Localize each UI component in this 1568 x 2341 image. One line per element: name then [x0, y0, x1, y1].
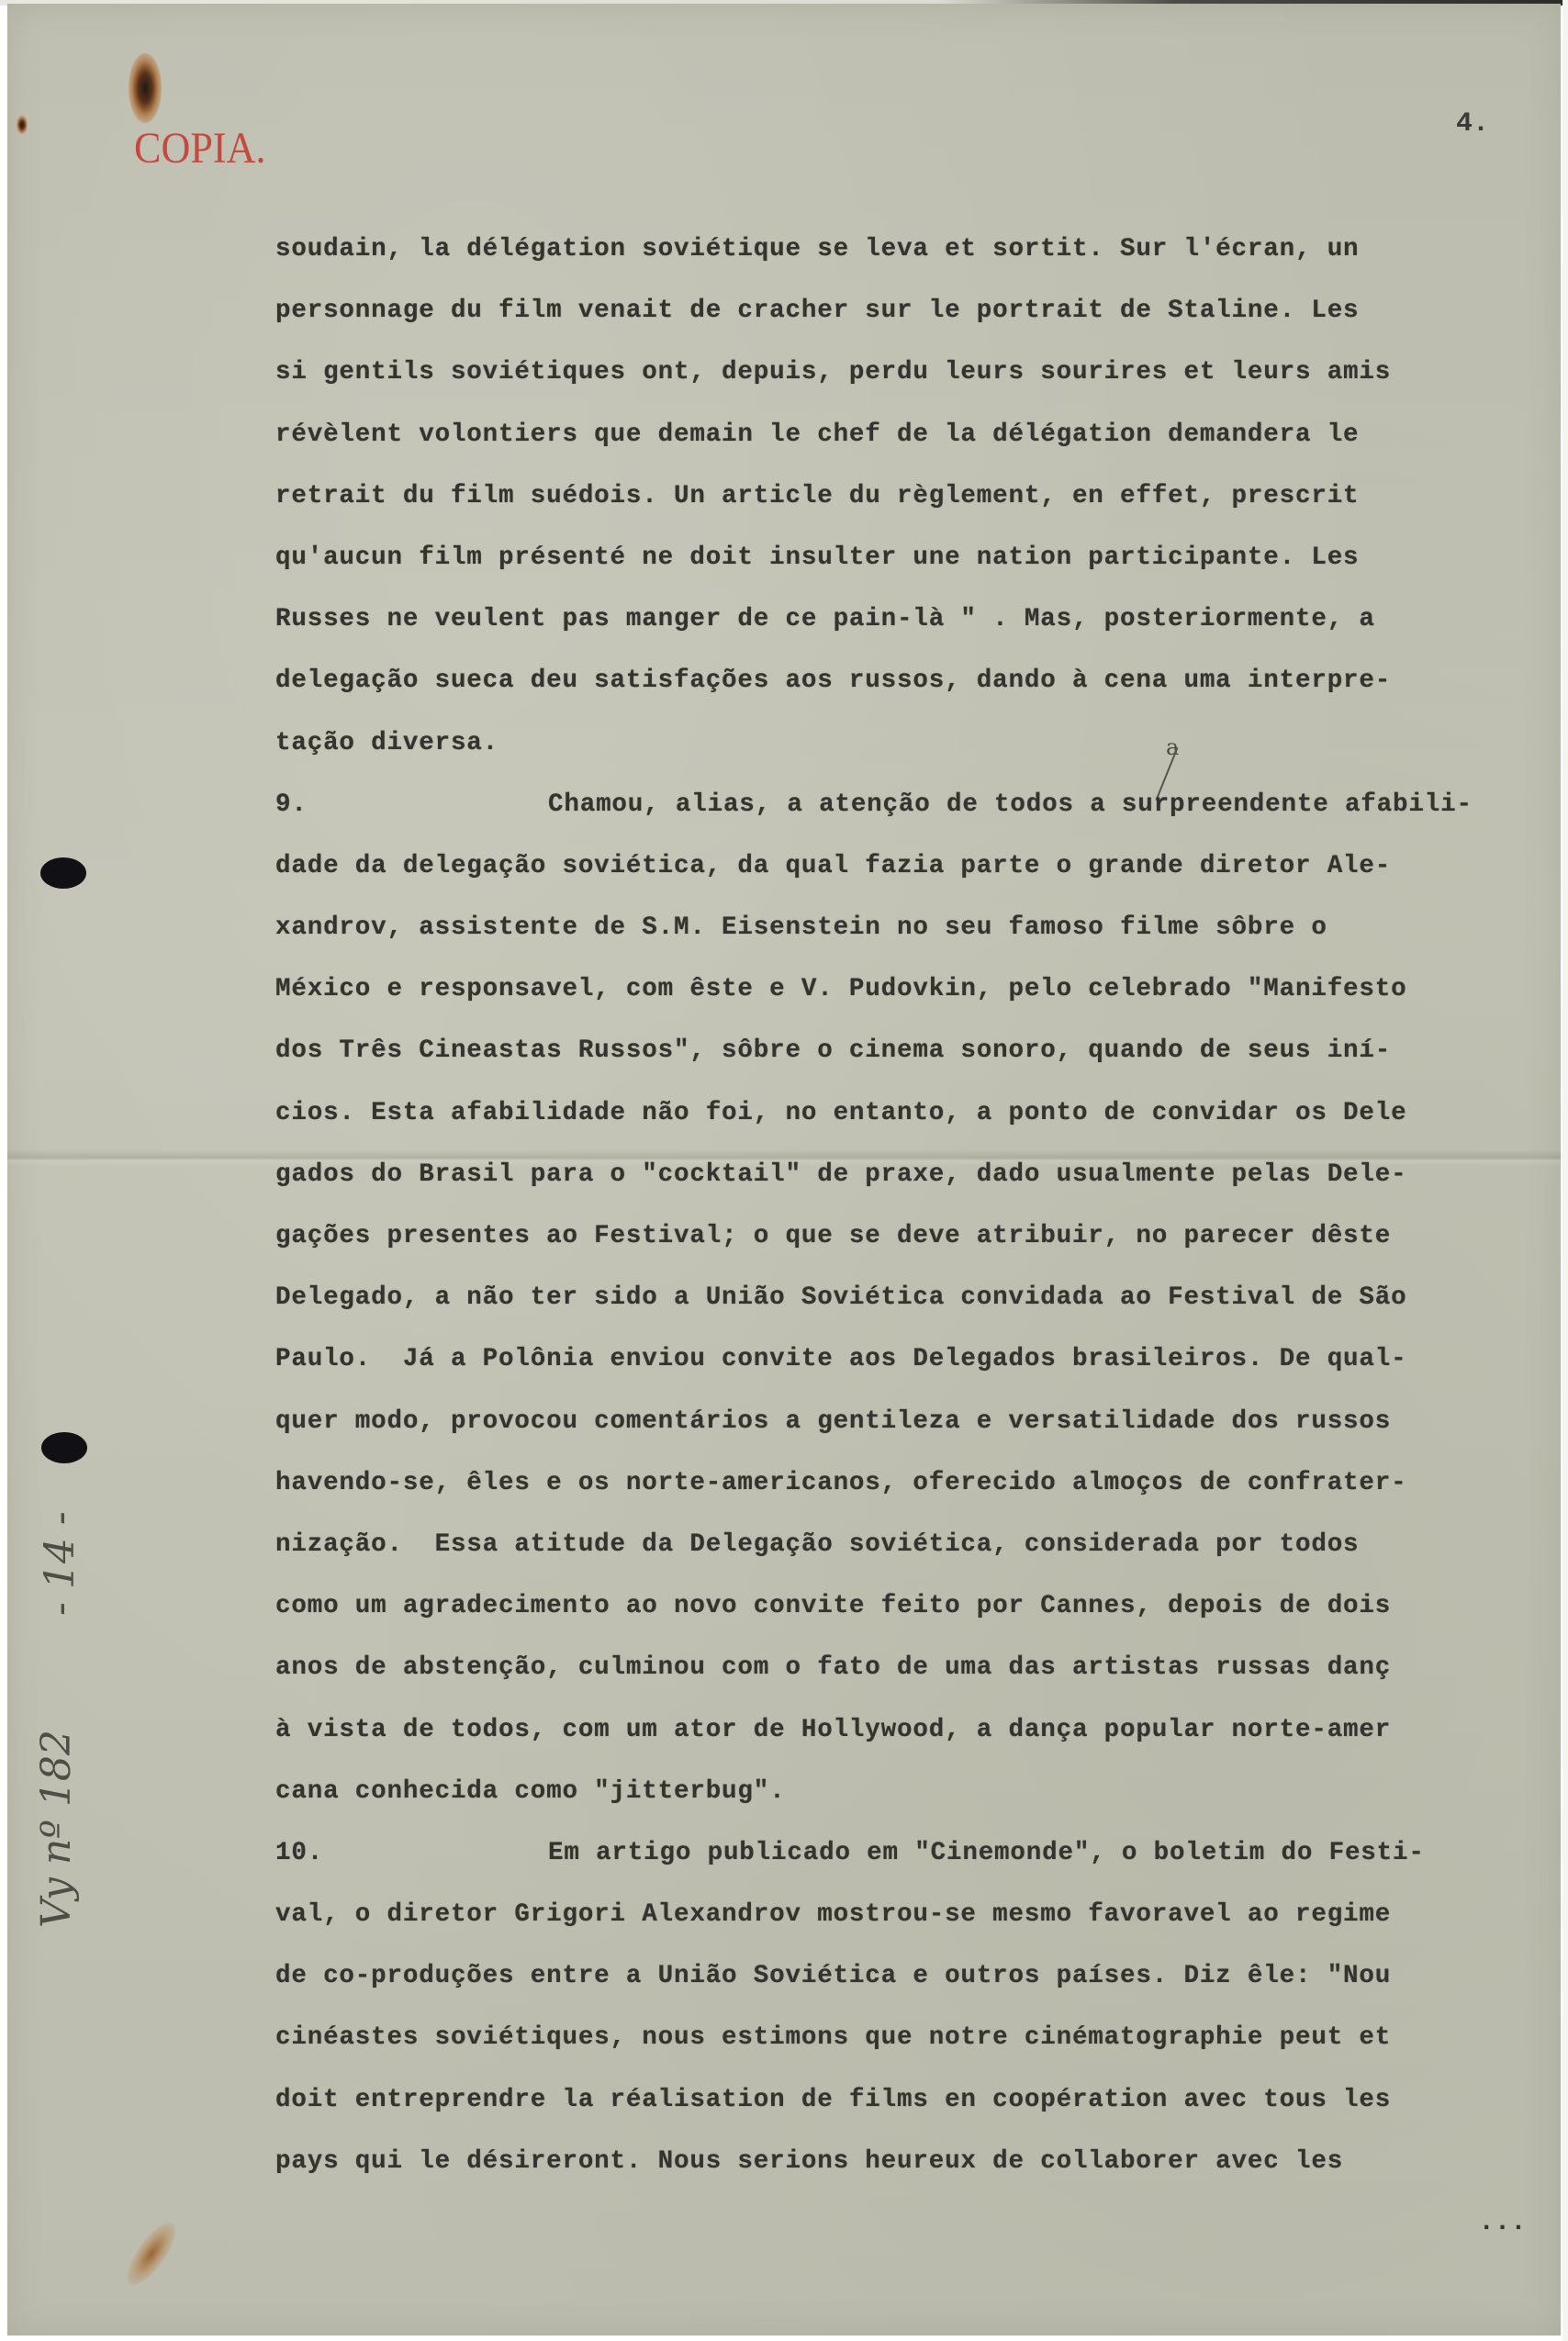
- line-text: pays qui le désireront. Nous serions heu…: [275, 2147, 1343, 2176]
- text-line: retrait du film suédois. Un article du r…: [275, 465, 1568, 527]
- text-line: personnage du film venait de cracher sur…: [275, 280, 1568, 342]
- text-line: cios. Esta afabilidade não foi, no entan…: [275, 1082, 1568, 1144]
- text-line: Paulo. Já a Polônia enviou convite aos D…: [275, 1328, 1568, 1390]
- paragraph-number: 10.: [275, 1822, 548, 1884]
- line-text: como um agradecimento ao novo convite fe…: [275, 1592, 1391, 1620]
- text-line: soudain, la délégation soviétique se lev…: [275, 218, 1568, 280]
- text-line-paragraph-10: 10.Em artigo publicado em "Cinemonde", o…: [275, 1822, 1568, 1884]
- text-line: como um agradecimento ao novo convite fe…: [275, 1575, 1568, 1637]
- line-text: doit entreprendre la réalisation de film…: [275, 2086, 1391, 2114]
- text-line: gados do Brasil para o "cocktail" de pra…: [275, 1144, 1568, 1205]
- line-text: Russes ne veulent pas manger de ce pain-…: [275, 605, 1375, 633]
- line-text: révèlent volontiers que demain le chef d…: [275, 420, 1359, 449]
- text-line: pays qui le désireront. Nous serions heu…: [275, 2131, 1568, 2192]
- text-line-paragraph-9: 9.Chamou, alias, a atenção de todos a su…: [275, 774, 1568, 835]
- text-line: révèlent volontiers que demain le chef d…: [275, 404, 1568, 465]
- text-line: dos Três Cineastas Russos", sôbre o cine…: [275, 1020, 1568, 1081]
- paragraph-number: 9.: [275, 774, 548, 835]
- text-line: quer modo, provocou comentários a gentil…: [275, 1391, 1568, 1452]
- text-line: cana conhecida como "jitterbug".: [275, 1761, 1568, 1822]
- line-text: Chamou, alias, a atenção de todos a surp…: [548, 790, 1473, 819]
- text-line: havendo-se, êles e os norte-americanos, …: [275, 1452, 1568, 1514]
- line-text: México e responsavel, com êste e V. Pudo…: [275, 975, 1406, 1003]
- line-text: Paulo. Já a Polônia enviou convite aos D…: [275, 1345, 1406, 1373]
- line-text: quer modo, provocou comentários a gentil…: [275, 1407, 1391, 1436]
- line-text: soudain, la délégation soviétique se lev…: [275, 235, 1359, 263]
- margin-note-file-ref: Vy nº 182: [33, 1730, 80, 1928]
- line-text: si gentils soviétiques ont, depuis, perd…: [275, 358, 1391, 386]
- burn-dot-top: [17, 116, 28, 134]
- line-text: de co-produções entre a União Soviética …: [275, 1962, 1391, 1990]
- line-text: à vista de todos, com um ator de Hollywo…: [275, 1716, 1391, 1744]
- line-text: qu'aucun film présenté ne doit insulter …: [275, 543, 1359, 572]
- text-line: à vista de todos, com um ator de Hollywo…: [275, 1699, 1568, 1761]
- text-line: gações presentes ao Festival; o que se d…: [275, 1205, 1568, 1267]
- punch-hole-upper: [40, 857, 86, 889]
- text-line: anos de abstenção, culminou com o fato d…: [275, 1637, 1568, 1698]
- text-line: qu'aucun film présenté ne doit insulter …: [275, 527, 1568, 588]
- text-line: xandrov, assistente de S.M. Eisenstein n…: [275, 897, 1568, 958]
- text-line: dade da delegação soviética, da qual faz…: [275, 835, 1568, 897]
- line-text: xandrov, assistente de S.M. Eisenstein n…: [275, 913, 1327, 942]
- text-line: México e responsavel, com êste e V. Pudo…: [275, 958, 1568, 1020]
- typed-body-text: soudain, la délégation soviétique se lev…: [275, 218, 1568, 2254]
- margin-note-page-ref: - 14 -: [37, 1511, 84, 1616]
- text-line: si gentils soviétiques ont, depuis, perd…: [275, 342, 1568, 403]
- line-text: cinéastes soviétiques, nous estimons que…: [275, 2023, 1391, 2052]
- line-text: cios. Esta afabilidade não foi, no entan…: [275, 1099, 1406, 1127]
- text-line: doit entreprendre la réalisation de film…: [275, 2069, 1568, 2131]
- line-text: val, o diretor Grigori Alexandrov mostro…: [275, 1900, 1391, 1929]
- page-number: 4.: [1456, 108, 1489, 140]
- punch-hole-lower: [41, 1432, 87, 1463]
- text-line: cinéastes soviétiques, nous estimons que…: [275, 2007, 1568, 2068]
- line-text: cana conhecida como "jitterbug".: [275, 1777, 786, 1806]
- line-text: dos Três Cineastas Russos", sôbre o cine…: [275, 1036, 1391, 1065]
- burn-mark-top: [129, 53, 162, 123]
- text-line: Russes ne veulent pas manger de ce pain-…: [275, 588, 1568, 650]
- text-line: nização. Essa atitude da Delegação sovié…: [275, 1514, 1568, 1575]
- continuation-line: ...: [275, 2192, 1568, 2254]
- line-text: tação diversa.: [275, 729, 498, 757]
- line-text: personnage du film venait de cracher sur…: [275, 297, 1359, 325]
- line-text: havendo-se, êles e os norte-americanos, …: [275, 1469, 1406, 1497]
- text-line: val, o diretor Grigori Alexandrov mostro…: [275, 1884, 1568, 1945]
- line-text: nização. Essa atitude da Delegação sovié…: [275, 1530, 1359, 1559]
- line-text: retrait du film suédois. Un article du r…: [275, 482, 1359, 510]
- continuation-mark: ...: [1479, 2209, 1527, 2237]
- line-text: Delegado, a não ter sido a União Soviéti…: [275, 1283, 1406, 1312]
- text-line: de co-produções entre a União Soviética …: [275, 1945, 1568, 2007]
- line-text: delegação sueca deu satisfações aos russ…: [275, 666, 1391, 695]
- line-text: dade da delegação soviética, da qual faz…: [275, 852, 1391, 880]
- line-text: gações presentes ao Festival; o que se d…: [275, 1222, 1391, 1250]
- text-line: Delegado, a não ter sido a União Soviéti…: [275, 1267, 1568, 1328]
- copia-stamp: COPIA.: [134, 123, 266, 174]
- line-text: gados do Brasil para o "cocktail" de pra…: [275, 1160, 1406, 1189]
- line-text: Em artigo publicado em "Cinemonde", o bo…: [548, 1839, 1425, 1867]
- text-line: tação diversa.: [275, 712, 1568, 774]
- line-text: anos de abstenção, culminou com o fato d…: [275, 1653, 1391, 1682]
- text-line: delegação sueca deu satisfações aos russ…: [275, 650, 1568, 711]
